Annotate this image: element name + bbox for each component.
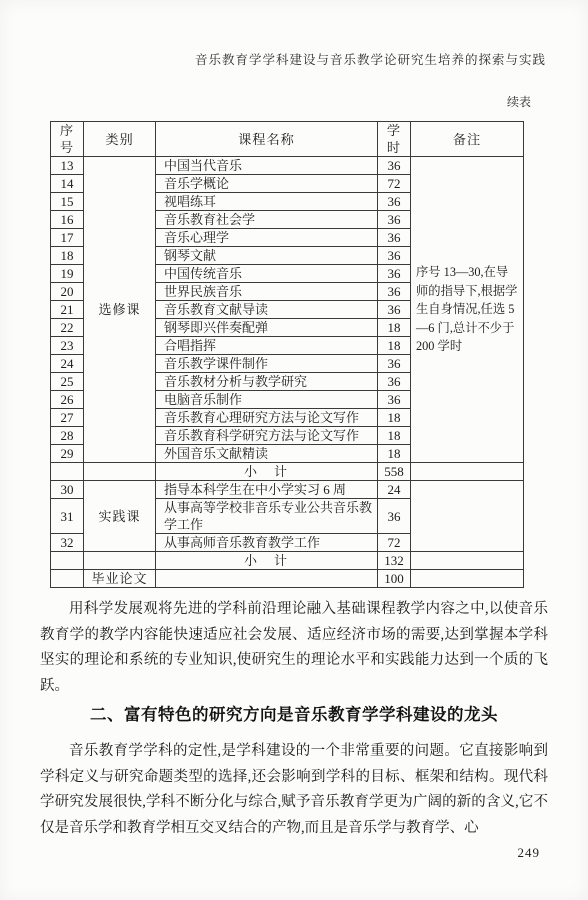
table-row: 13选修课中国当代音乐36序号 13—30,在导师的指导下,根据学生自身情况,任… — [51, 157, 524, 175]
cell-course: 中国当代音乐 — [156, 157, 378, 175]
cell-course: 音乐教育文献导读 — [156, 301, 378, 319]
table-header-row: 序号类别课程名称学时备注 — [51, 122, 524, 157]
cell-course: 外国音乐文献精读 — [156, 445, 378, 463]
column-header-3: 学时 — [378, 122, 411, 157]
cell-hours: 36 — [378, 283, 411, 301]
cell-hours: 72 — [378, 534, 411, 552]
cell-hours: 36 — [378, 265, 411, 283]
cell-num: 13 — [51, 157, 84, 175]
cell-num: 26 — [51, 391, 84, 409]
cell-num: 23 — [51, 337, 84, 355]
cell-hours: 24 — [378, 481, 411, 499]
cell-num: 14 — [51, 175, 84, 193]
cell-course: 钢琴即兴伴奏配弹 — [156, 319, 378, 337]
cell-num-empty — [51, 552, 84, 570]
cell-hours: 72 — [378, 175, 411, 193]
cell-course: 合唱指挥 — [156, 337, 378, 355]
cell-course: 世界民族音乐 — [156, 283, 378, 301]
cell-course: 音乐教育社会学 — [156, 211, 378, 229]
cell-hours: 36 — [378, 157, 411, 175]
paragraph-2: 音乐教育学学科的定性,是学科建设的一个非常重要的问题。它直接影响到学科定义与研究… — [40, 739, 548, 841]
cell-num: 27 — [51, 409, 84, 427]
course-table: 序号类别课程名称学时备注 13选修课中国当代音乐36序号 13—30,在导师的指… — [50, 121, 524, 588]
cell-course: 电脑音乐制作 — [156, 391, 378, 409]
cell-remark-empty — [411, 463, 524, 481]
cell-num-empty — [51, 570, 84, 588]
cell-category-empty — [84, 552, 156, 570]
cell-hours: 18 — [378, 445, 411, 463]
cell-hours: 36 — [378, 499, 411, 534]
subtotal-row-practice: 小 计132 — [51, 552, 524, 570]
thesis-row: 毕业论文100 — [51, 570, 524, 588]
cell-remark-electives: 序号 13—30,在导师的指导下,根据学生自身情况,任选 5—6 门,总计不少于… — [411, 157, 524, 463]
cell-course: 从事高师音乐教育教学工作 — [156, 534, 378, 552]
cell-course: 音乐教育科学研究方法与论文写作 — [156, 427, 378, 445]
column-header-1: 类别 — [84, 122, 156, 157]
cell-hours: 36 — [378, 391, 411, 409]
cell-num: 30 — [51, 481, 84, 499]
cell-hours: 36 — [378, 229, 411, 247]
cell-num: 19 — [51, 265, 84, 283]
cell-num: 28 — [51, 427, 84, 445]
cell-course: 中国传统音乐 — [156, 265, 378, 283]
book-page: 音乐教育学学科建设与音乐教学论研究生培养的探索与实践 续表 序号类别课程名称学时… — [0, 0, 588, 900]
cell-hours: 36 — [378, 193, 411, 211]
cell-subtotal-label: 小 计 — [156, 463, 378, 481]
section-heading: 二、富有特色的研究方向是音乐教育学学科建设的龙头 — [0, 701, 588, 725]
cell-course: 音乐教学课件制作 — [156, 355, 378, 373]
cell-category-empty — [84, 463, 156, 481]
cell-num-empty — [51, 463, 84, 481]
paragraph-1: 用科学发展观将先进的学科前沿理论融入基础课程教学内容之中,以使音乐教育学的教学内… — [40, 597, 548, 699]
cell-course: 视唱练耳 — [156, 193, 378, 211]
cell-num: 21 — [51, 301, 84, 319]
cell-course: 音乐教材分析与教学研究 — [156, 373, 378, 391]
cell-num: 22 — [51, 319, 84, 337]
cell-num: 32 — [51, 534, 84, 552]
cell-num: 25 — [51, 373, 84, 391]
cell-remark-practice-empty — [411, 481, 524, 552]
cell-course: 音乐教育心理研究方法与论文写作 — [156, 409, 378, 427]
cell-num: 24 — [51, 355, 84, 373]
cell-num: 18 — [51, 247, 84, 265]
cell-num: 15 — [51, 193, 84, 211]
cell-hours: 18 — [378, 319, 411, 337]
cell-hours: 18 — [378, 337, 411, 355]
cell-course: 从事高等学校非音乐专业公共音乐教学工作 — [156, 499, 378, 534]
cell-num: 16 — [51, 211, 84, 229]
cell-course-empty — [156, 570, 378, 588]
column-header-2: 课程名称 — [156, 122, 378, 157]
cell-category-electives: 选修课 — [84, 157, 156, 463]
column-header-0: 序号 — [51, 122, 84, 157]
cell-course: 指导本科学生在中小学实习 6 周 — [156, 481, 378, 499]
cell-hours: 100 — [378, 570, 411, 588]
cell-hours: 36 — [378, 355, 411, 373]
running-header: 音乐教育学学科建设与音乐教学论研究生培养的探索与实践 — [195, 50, 546, 68]
cell-hours: 18 — [378, 409, 411, 427]
cell-hours: 18 — [378, 427, 411, 445]
cell-subtotal-label: 小 计 — [156, 552, 378, 570]
cell-hours: 36 — [378, 373, 411, 391]
cell-course: 钢琴文献 — [156, 247, 378, 265]
cell-num: 29 — [51, 445, 84, 463]
page-number: 249 — [518, 845, 541, 861]
cell-num: 17 — [51, 229, 84, 247]
cell-category-thesis: 毕业论文 — [84, 570, 156, 588]
column-header-4: 备注 — [411, 122, 524, 157]
cell-course: 音乐学概论 — [156, 175, 378, 193]
subtotal-row-electives: 小 计558 — [51, 463, 524, 481]
cell-category-practice: 实践课 — [84, 481, 156, 552]
table-row: 30实践课指导本科学生在中小学实习 6 周24 — [51, 481, 524, 499]
cell-remark-empty — [411, 570, 524, 588]
cell-num: 20 — [51, 283, 84, 301]
cell-hours: 36 — [378, 247, 411, 265]
cell-remark-empty — [411, 552, 524, 570]
continued-table-label: 续表 — [507, 93, 531, 110]
cell-subtotal-hours: 558 — [378, 463, 411, 481]
cell-hours: 36 — [378, 211, 411, 229]
cell-hours: 36 — [378, 301, 411, 319]
cell-course: 音乐心理学 — [156, 229, 378, 247]
cell-subtotal-hours: 132 — [378, 552, 411, 570]
cell-num: 31 — [51, 499, 84, 534]
